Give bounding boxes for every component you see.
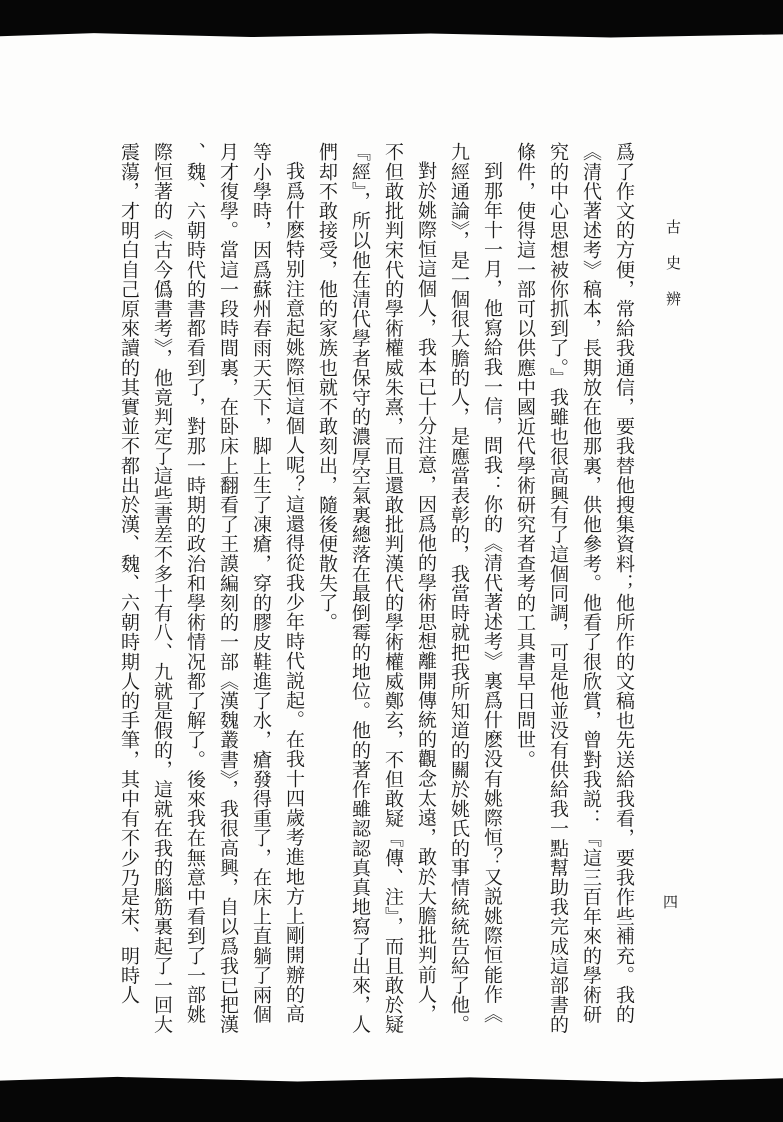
paragraph-4: 我爲什麽特别注意起姚際恒這個人呢？這還得從我少年時代説起。在我十四歲考進地方上剛…: [112, 142, 310, 1040]
body-text: 爲了作文的方便，常給我通信，要我替他搜集資料；他所作的文稿也先送給我看，要我作些…: [112, 142, 640, 1040]
book-page: 古史辨 四 爲了作文的方便，常給我通信，要我替他搜集資料；他所作的文稿也先送給我…: [0, 0, 783, 1122]
scan-border-bottom: [0, 1076, 783, 1122]
paragraph-3: 對於姚際恒這個人，我本已十分注意，因爲他的學術思想離開傳統的觀念太遠，敢於大膽批…: [310, 142, 442, 1040]
running-head: 古史辨: [662, 219, 683, 327]
paragraph-1: 爲了作文的方便，常給我通信，要我替他搜集資料；他所作的文稿也先送給我看，要我作些…: [508, 142, 640, 1040]
paragraph-2: 到那年十一月，他寫給我一信，問我：你的《清代著述考》裏爲什麽没有姚際恒？又説姚際…: [442, 142, 508, 1040]
page-number: 四: [659, 894, 680, 909]
scan-border-top: [0, 0, 783, 39]
